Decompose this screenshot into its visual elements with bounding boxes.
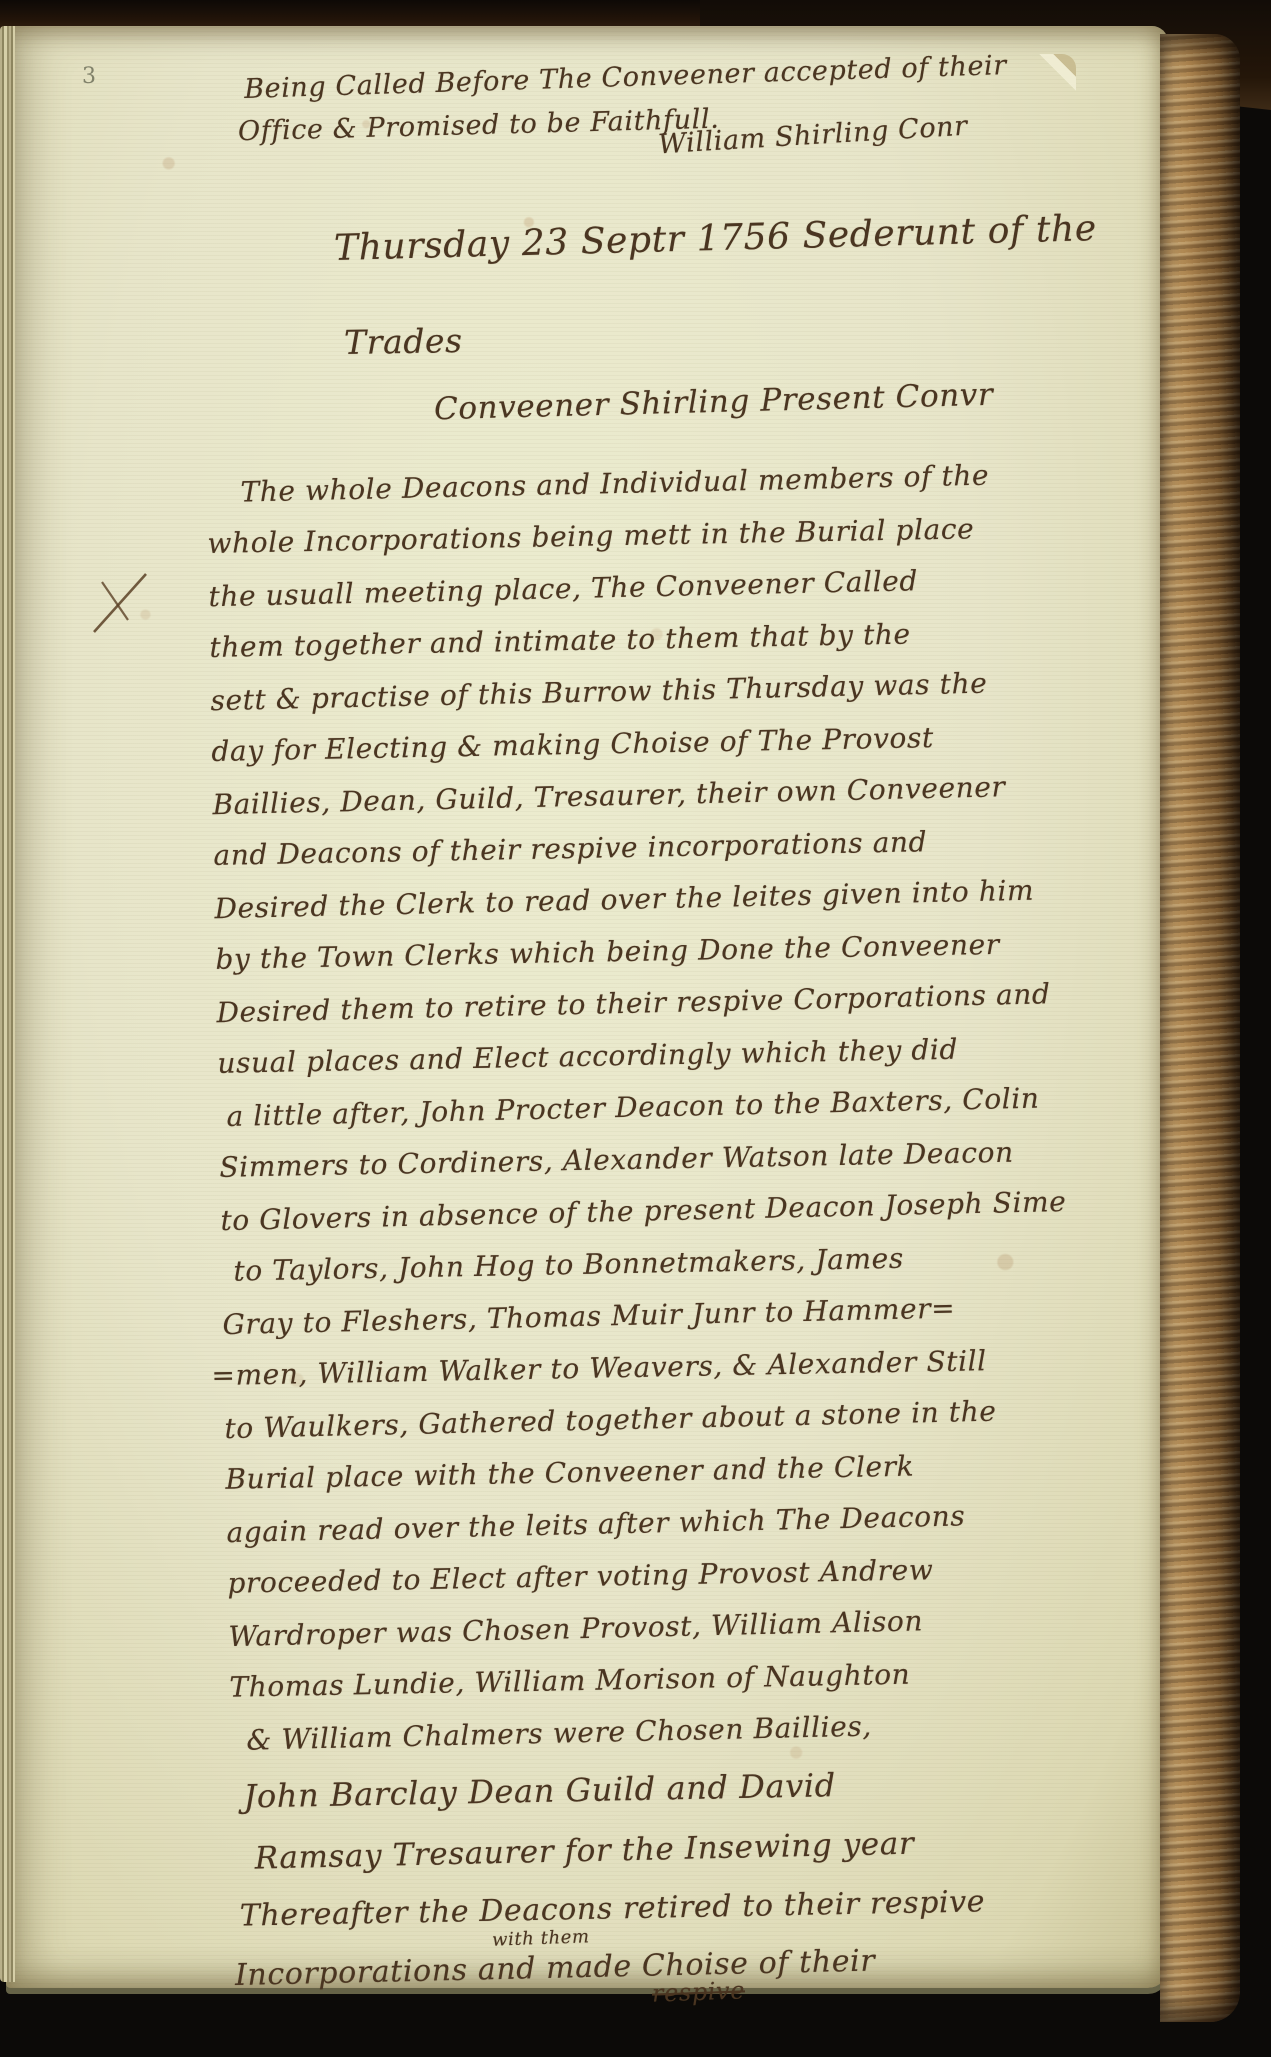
- heading-trades-line: Trades: [344, 321, 463, 362]
- marginalia-line-1: Being Called Before The Conveener accept…: [244, 50, 1008, 105]
- heading-present-line: Conveener Shirling Present Convr: [434, 377, 994, 428]
- right-binding-edge: [1160, 34, 1240, 2022]
- manuscript-page: 3 Being Called Before The Conveener acce…: [6, 26, 1168, 1988]
- manuscript-body: The whole Deacons and Individual members…: [206, 452, 975, 2004]
- margin-x-mark: [90, 566, 154, 640]
- heading-date-line: Thursday 23 Septr 1756 Sederunt of the: [334, 208, 1098, 269]
- interlinear-insertion: with them: [492, 1926, 590, 1950]
- left-page-stack-edge: [0, 26, 15, 1982]
- manuscript-photograph: 3 Being Called Before The Conveener acce…: [0, 0, 1271, 2057]
- page-number: 3: [82, 64, 97, 89]
- marginalia-line-2: Office & Promised to be Faithfull.: [238, 104, 720, 148]
- struck-catchword: respive: [652, 1976, 746, 2007]
